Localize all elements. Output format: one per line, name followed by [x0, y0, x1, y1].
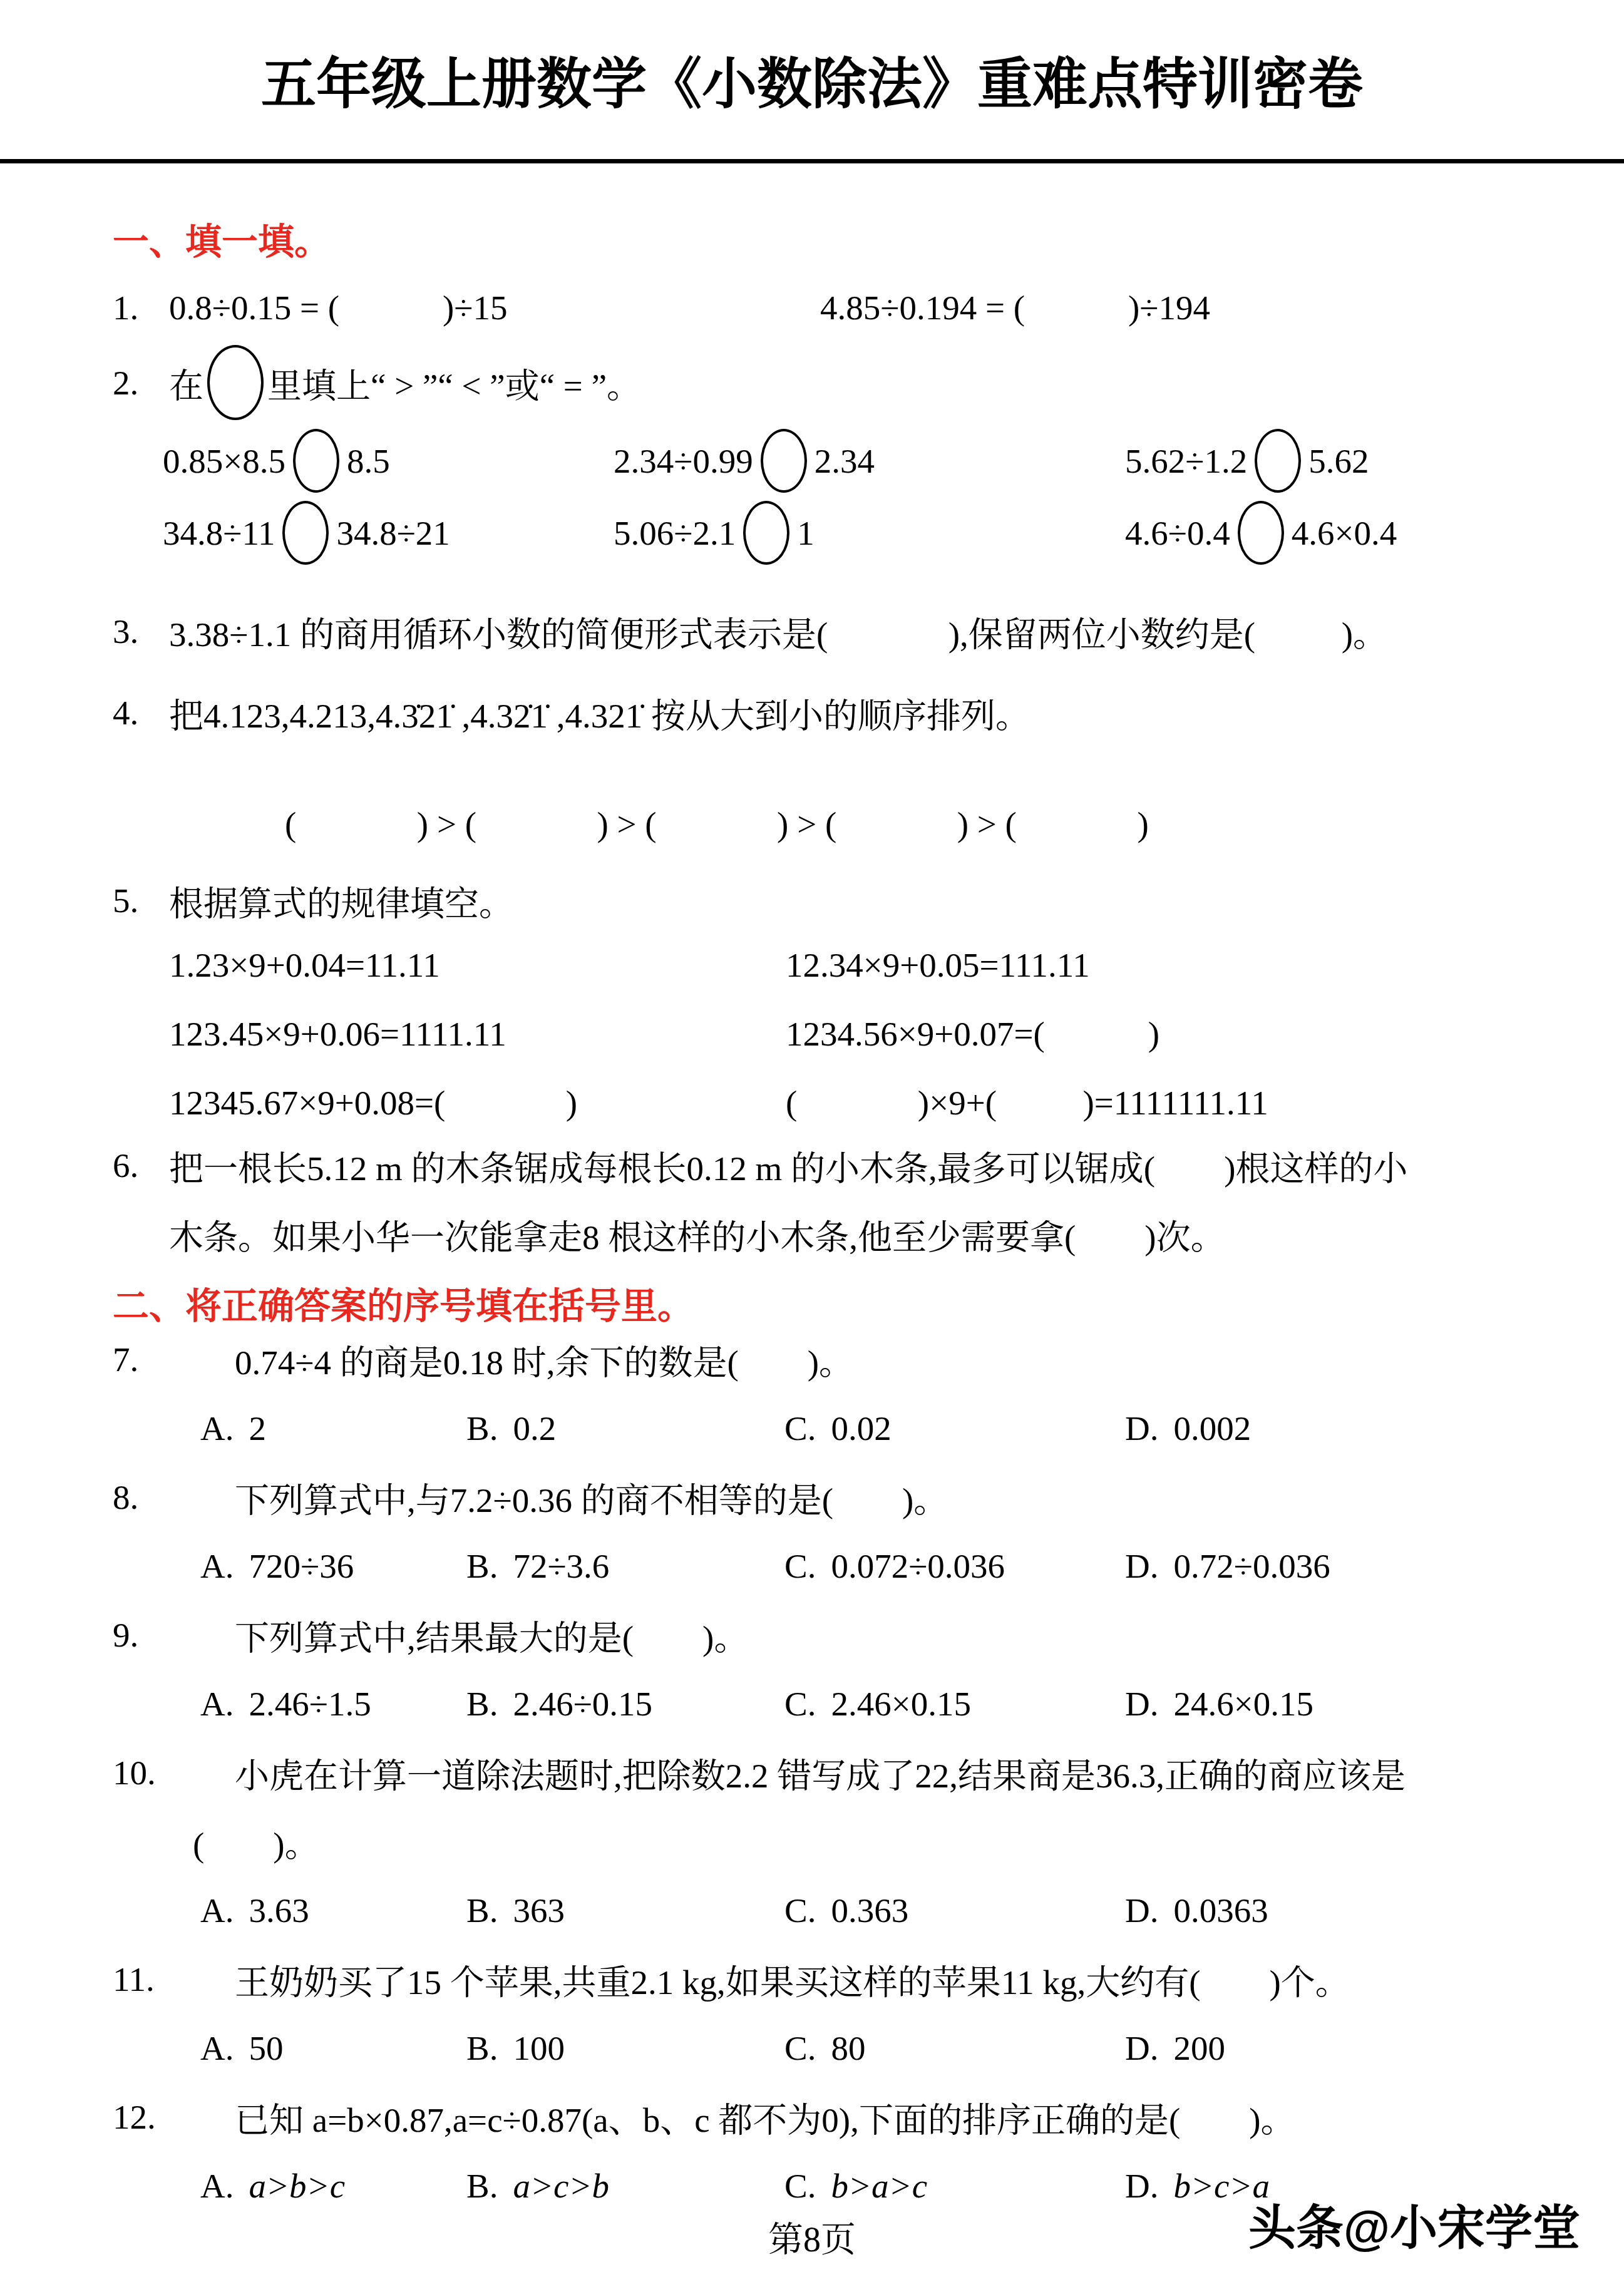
- option-value: 0.002: [1173, 1409, 1251, 1448]
- question-number: 9.: [113, 1615, 235, 1655]
- fill-circle: [1255, 429, 1301, 493]
- option-value: 2.46÷0.15: [513, 1684, 652, 1724]
- question-6-continued: 木条。如果小华一次能拿走8 根这样的小木条,他至少需要拿( )次。: [113, 1200, 1586, 1268]
- fill-circle: [743, 501, 789, 565]
- question-10: 10.小虎在计算一道除法题时,把除数2.2 错写成了22,结果商是36.3,正确…: [113, 1738, 1586, 1807]
- question-6: 6.把一根长5.12 m 的木条锯成每根长0.12 m 的小木条,最多可以锯成(…: [113, 1131, 1586, 1200]
- option-value: 0.72÷0.036: [1173, 1546, 1330, 1586]
- compare-right: 5.62: [1308, 441, 1369, 481]
- option-c: C.0.02: [784, 1409, 1125, 1448]
- question-10-options: A.3.63 B.363 C.0.363 D.0.0363: [113, 1876, 1586, 1945]
- option-value: a>c>b: [513, 2166, 609, 2206]
- q6-text-line1: 把一根长5.12 m 的木条锯成每根长0.12 m 的小木条,最多可以锯成( )…: [169, 1141, 1407, 1190]
- compare-cell: 5.06÷2.11: [614, 501, 1125, 565]
- option-letter: D.: [1125, 1409, 1158, 1448]
- fill-circle: [761, 429, 807, 493]
- option-value: 0.0363: [1173, 1891, 1268, 1930]
- option-letter: D.: [1125, 1684, 1158, 1724]
- q5-expression-left: 123.45×9+0.06=1111.11: [169, 1014, 786, 1054]
- option-letter: D.: [1125, 1891, 1158, 1930]
- question-9-options: A.2.46÷1.5 B.2.46÷0.15 C.2.46×0.15 D.24.…: [113, 1669, 1586, 1738]
- option-letter: A.: [200, 1684, 234, 1724]
- question-number: 1.: [113, 288, 169, 327]
- compare-cell: 4.6÷0.44.6×0.4: [1125, 501, 1397, 565]
- q5-expression-right: 1234.56×9+0.07=( ): [786, 1014, 1159, 1054]
- option-value: 0.363: [831, 1891, 908, 1930]
- page-title: 五年级上册数学《小数除法》重难点特训密卷: [0, 0, 1624, 113]
- option-letter: B.: [466, 1684, 498, 1724]
- question-number: 6.: [113, 1146, 169, 1185]
- option-value: 363: [513, 1891, 565, 1930]
- compare-right: 1: [797, 513, 815, 553]
- q4-blanks-text: ( ) > ( ) > ( ) > ( ) > ( ): [285, 804, 1149, 844]
- question-number: 11.: [113, 1960, 235, 1999]
- option-letter: C.: [784, 1891, 816, 1930]
- worksheet-page: 五年级上册数学《小数除法》重难点特训密卷 一、填一填。 1.0.8÷0.15 =…: [0, 0, 1624, 2277]
- option-c: C.0.072÷0.036: [784, 1546, 1125, 1586]
- option-value: 80: [831, 2028, 865, 2068]
- compare-cell: 34.8÷1134.8÷21: [163, 501, 614, 565]
- q1-left-expression: 0.8÷0.15 = ( )÷15: [169, 288, 820, 327]
- option-a: A.720÷36: [200, 1546, 466, 1586]
- option-a: A.50: [200, 2028, 466, 2068]
- option-letter: C.: [784, 1409, 816, 1448]
- q11-text: 王奶奶买了15 个苹果,共重2.1 kg,如果买这样的苹果11 kg,大约有( …: [235, 1955, 1350, 2004]
- question-number: 12.: [113, 2097, 235, 2137]
- option-letter: A.: [200, 2028, 234, 2068]
- option-b: B.a>c>b: [466, 2166, 784, 2206]
- compare-right: 34.8÷21: [336, 513, 450, 553]
- option-letter: B.: [466, 1409, 498, 1448]
- q5-text: 根据算式的规律填空。: [169, 876, 513, 925]
- option-letter: C.: [784, 2166, 816, 2206]
- worksheet-body: 一、填一填。 1.0.8÷0.15 = ( )÷154.85÷0.194 = (…: [0, 204, 1624, 2220]
- q2-text-pre: 在: [169, 358, 203, 408]
- q6-text-line2: 木条。如果小华一次能拿走8 根这样的小木条,他至少需要拿( )次。: [169, 1210, 1225, 1259]
- option-value: 3.63: [249, 1891, 309, 1930]
- fill-circle: [207, 345, 264, 420]
- compare-row-1: 0.85×8.58.5 2.34÷0.992.34 5.62÷1.25.62: [113, 426, 1586, 495]
- q5-pattern-row-1: 1.23×9+0.04=11.1112.34×9+0.05=111.11: [113, 930, 1586, 999]
- option-letter: C.: [784, 1546, 816, 1586]
- q4-answer-blanks: ( ) > ( ) > ( ) > ( ) > ( ): [113, 789, 1586, 858]
- question-1: 1.0.8÷0.15 = ( )÷154.85÷0.194 = ( )÷194: [113, 273, 1586, 342]
- option-b: B.0.2: [466, 1409, 784, 1448]
- option-a: A.2: [200, 1409, 466, 1448]
- question-number: 8.: [113, 1478, 235, 1517]
- option-letter: D.: [1125, 2028, 1158, 2068]
- option-b: B.2.46÷0.15: [466, 1684, 784, 1724]
- option-value: 720÷36: [249, 1546, 354, 1586]
- compare-right: 2.34: [815, 441, 875, 481]
- option-letter: C.: [784, 1684, 816, 1724]
- option-d: D.0.0363: [1125, 1891, 1268, 1930]
- option-letter: D.: [1125, 2166, 1158, 2206]
- option-letter: B.: [466, 1891, 498, 1930]
- q2-text-post: 里填上“ > ”“ < ”或“ = ”。: [267, 358, 641, 408]
- compare-left: 0.85×8.5: [163, 441, 285, 481]
- question-number: 5.: [113, 881, 169, 920]
- option-letter: A.: [200, 2166, 234, 2206]
- option-value: a>b>c: [249, 2166, 345, 2206]
- q12-text: 已知 a=b×0.87,a=c÷0.87(a、b、c 都不为0),下面的排序正确…: [235, 2092, 1295, 2142]
- option-c: C.2.46×0.15: [784, 1684, 1125, 1724]
- option-value: 2.46÷1.5: [249, 1684, 371, 1724]
- question-7-options: A.2 B.0.2 C.0.02 D.0.002: [113, 1394, 1586, 1462]
- title-divider: [0, 159, 1624, 163]
- option-value: 0.072÷0.036: [831, 1546, 1005, 1586]
- fill-circle: [282, 501, 329, 565]
- option-c: C.80: [784, 2028, 1125, 2068]
- option-letter: B.: [466, 1546, 498, 1586]
- fill-circle: [293, 429, 339, 493]
- option-letter: A.: [200, 1546, 234, 1586]
- option-c: C.b>a>c: [784, 2166, 1125, 2206]
- compare-left: 2.34÷0.99: [614, 441, 753, 481]
- option-value: 2: [249, 1409, 266, 1448]
- question-number: 7.: [113, 1340, 235, 1379]
- option-value: 2.46×0.15: [831, 1684, 971, 1724]
- option-a: A.2.46÷1.5: [200, 1684, 466, 1724]
- option-value: 24.6×0.15: [1173, 1684, 1313, 1724]
- option-d: D.0.002: [1125, 1409, 1251, 1448]
- option-value: b>a>c: [831, 2166, 927, 2206]
- option-letter: A.: [200, 1409, 234, 1448]
- question-10-continued: ( )。: [113, 1807, 1586, 1876]
- option-letter: B.: [466, 2166, 498, 2206]
- q3-text: 3.38÷1.1 的商用循环小数的简便形式表示是( ),保留两位小数约是( )。: [169, 607, 1387, 656]
- question-number: 4.: [113, 693, 169, 732]
- option-b: B.72÷3.6: [466, 1546, 784, 1586]
- section-one-heading-text: 一、填一填。: [113, 212, 331, 265]
- compare-right: 8.5: [347, 441, 390, 481]
- q4-text: 把4.123,4.213,4.3̇21̇ ,4.32̇1̇ ,4.321̇ 按从…: [169, 688, 1030, 738]
- option-value: 50: [249, 2028, 283, 2068]
- question-12: 12.已知 a=b×0.87,a=c÷0.87(a、b、c 都不为0),下面的排…: [113, 2082, 1586, 2151]
- option-value: 0.02: [831, 1409, 891, 1448]
- compare-left: 4.6÷0.4: [1125, 513, 1230, 553]
- option-letter: A.: [200, 1891, 234, 1930]
- question-number: 10.: [113, 1753, 235, 1792]
- question-2: 2.在里填上“ > ”“ < ”或“ = ”。: [113, 348, 1586, 417]
- question-8: 8.下列算式中,与7.2÷0.36 的商不相等的是( )。: [113, 1462, 1586, 1531]
- option-value: 72÷3.6: [513, 1546, 609, 1586]
- watermark: 头条@小宋学堂: [1248, 2190, 1580, 2258]
- question-11-options: A.50 B.100 C.80 D.200: [113, 2013, 1586, 2082]
- option-value: 100: [513, 2028, 565, 2068]
- section-two-heading-text: 二、将正确答案的序号填在括号里。: [113, 1277, 694, 1329]
- question-3: 3.3.38÷1.1 的商用循环小数的简便形式表示是( ),保留两位小数约是( …: [113, 597, 1586, 666]
- compare-left: 34.8÷11: [163, 513, 275, 553]
- option-a: A.3.63: [200, 1891, 466, 1930]
- compare-right: 4.6×0.4: [1292, 513, 1397, 553]
- question-11: 11.王奶奶买了15 个苹果,共重2.1 kg,如果买这样的苹果11 kg,大约…: [113, 1945, 1586, 2013]
- option-letter: B.: [466, 2028, 498, 2068]
- option-a: A.a>b>c: [200, 2166, 466, 2206]
- question-9: 9.下列算式中,结果最大的是( )。: [113, 1600, 1586, 1669]
- q5-pattern-row-3: 12345.67×9+0.08=( )( )×9+( )=1111111.11: [113, 1068, 1586, 1137]
- question-7: 7.0.74÷4 的商是0.18 时,余下的数是( )。: [113, 1325, 1586, 1394]
- q5-expression-right: 12.34×9+0.05=111.11: [786, 945, 1090, 985]
- question-number: 2.: [113, 363, 169, 403]
- q5-expression-left: 12345.67×9+0.08=( ): [169, 1083, 786, 1123]
- q7-text: 0.74÷4 的商是0.18 时,余下的数是( )。: [235, 1335, 853, 1384]
- compare-left: 5.62÷1.2: [1125, 441, 1247, 481]
- option-value: 0.2: [513, 1409, 556, 1448]
- q5-expression-left: 1.23×9+0.04=11.11: [169, 945, 786, 985]
- option-d: D.0.72÷0.036: [1125, 1546, 1330, 1586]
- q10-text-line2: ( )。: [193, 1817, 319, 1866]
- option-b: B.363: [466, 1891, 784, 1930]
- option-c: C.0.363: [784, 1891, 1125, 1930]
- section-one-heading: 一、填一填。: [113, 204, 1586, 273]
- q5-pattern-row-2: 123.45×9+0.06=1111.111234.56×9+0.07=( ): [113, 999, 1586, 1068]
- q1-right-expression: 4.85÷0.194 = ( )÷194: [820, 288, 1210, 327]
- compare-cell: 0.85×8.58.5: [163, 429, 614, 493]
- question-4: 4.把4.123,4.213,4.3̇21̇ ,4.32̇1̇ ,4.321̇ …: [113, 678, 1586, 747]
- question-5: 5.根据算式的规律填空。: [113, 866, 1586, 935]
- q10-text-line1: 小虎在计算一道除法题时,把除数2.2 错写成了22,结果商是36.3,正确的商应…: [235, 1748, 1406, 1797]
- fill-circle: [1238, 501, 1284, 565]
- q5-expression-right: ( )×9+( )=1111111.11: [786, 1083, 1268, 1123]
- option-value: 200: [1173, 2028, 1225, 2068]
- q9-text: 下列算式中,结果最大的是( )。: [235, 1610, 748, 1660]
- option-d: D.24.6×0.15: [1125, 1684, 1313, 1724]
- question-8-options: A.720÷36 B.72÷3.6 C.0.072÷0.036 D.0.72÷0…: [113, 1531, 1586, 1600]
- compare-row-2: 34.8÷1134.8÷21 5.06÷2.11 4.6÷0.44.6×0.4: [113, 498, 1586, 567]
- q8-text: 下列算式中,与7.2÷0.36 的商不相等的是( )。: [235, 1473, 948, 1522]
- compare-cell: 5.62÷1.25.62: [1125, 429, 1369, 493]
- option-d: D.200: [1125, 2028, 1225, 2068]
- compare-cell: 2.34÷0.992.34: [614, 429, 1125, 493]
- option-letter: D.: [1125, 1546, 1158, 1586]
- option-letter: C.: [784, 2028, 816, 2068]
- option-b: B.100: [466, 2028, 784, 2068]
- question-number: 3.: [113, 612, 169, 651]
- compare-left: 5.06÷2.1: [614, 513, 736, 553]
